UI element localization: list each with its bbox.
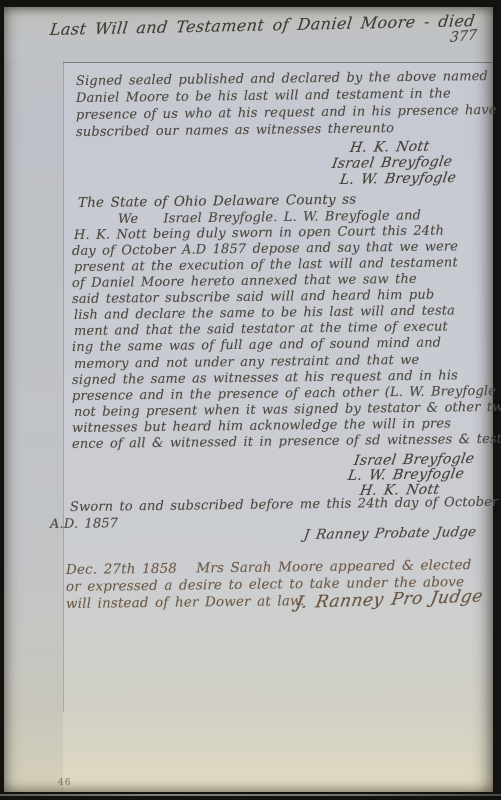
margin-rule-line (63, 62, 64, 712)
scan-bottom-edge (0, 794, 501, 796)
jurat-line: A.D. 1857 (50, 517, 118, 532)
ledger-page-paper: Last Will and Testament of Daniel Moore … (4, 7, 493, 792)
election-line: will instead of her Dower at law. (66, 594, 305, 611)
page-number: 377 (449, 28, 477, 45)
probate-line: ence of all & witnessed it in presence o… (72, 432, 501, 452)
left-margin (4, 62, 63, 792)
header-rule-line (63, 62, 493, 63)
jurat-line: Sworn to and subscribed before me this 2… (70, 496, 499, 515)
witness-signature: H. K. Nott (349, 140, 431, 155)
scanned-ledger-page: { "page": { "header_title": "Last Will a… (0, 0, 501, 800)
attestation-line: subscribed our names as witnesses thereu… (76, 122, 394, 140)
attestation-line: presence of us who at his request and in… (76, 104, 497, 123)
probate-venue: The State of Ohio Delaware County ss (78, 193, 356, 210)
judge-signature: J. Ranney Pro Judge (295, 589, 484, 610)
judge-signature: J Ranney Probate Judge (303, 525, 477, 542)
witness-signature: Israel Breyfogle (331, 155, 453, 171)
witness-signature: L. W. Breyfogle (339, 171, 457, 187)
folio-mark: 46 (58, 776, 71, 790)
witness-signature: L. W. Breyfogle (347, 467, 465, 483)
